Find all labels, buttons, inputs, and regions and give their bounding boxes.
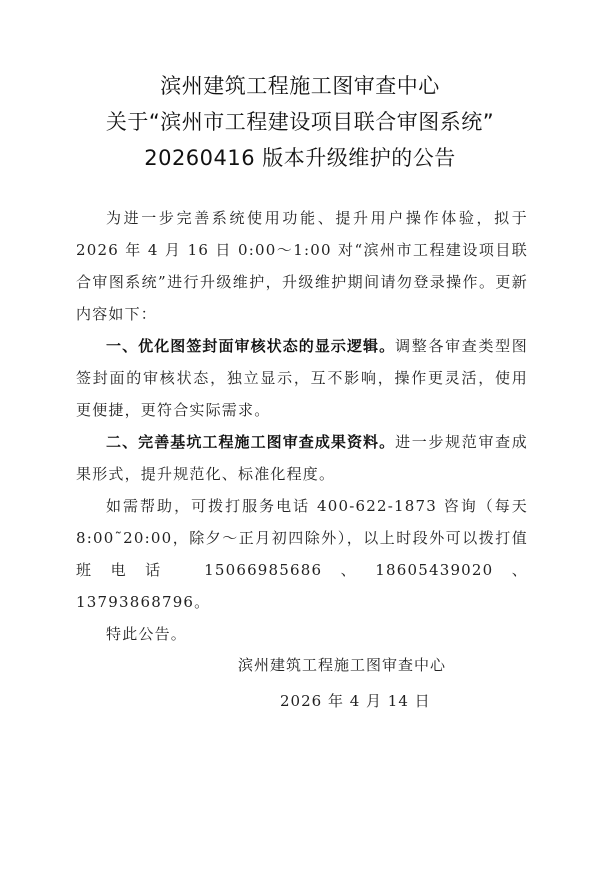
- update-item-2-heading: 二、完善基坑工程施工图审查成果资料。: [106, 433, 395, 451]
- signature-org: 滨州建筑工程施工图审查中心: [0, 654, 600, 675]
- title-line-1: 滨州建筑工程施工图审查中心: [0, 70, 600, 100]
- update-item-2: 二、完善基坑工程施工图审查成果资料。进一步规范审查成果形式，提升规范化、标准化程…: [76, 426, 528, 490]
- title-line-3: 20260416 版本升级维护的公告: [0, 142, 600, 172]
- title-line-2: 关于“滨州市工程建设项目联合审图系统”: [0, 106, 600, 136]
- update-item-1: 一、优化图签封面审核状态的显示逻辑。调整各审查类型图签封面的审核状态，独立显示，…: [76, 330, 528, 426]
- update-item-1-heading: 一、优化图签封面审核状态的显示逻辑。: [106, 337, 395, 355]
- announcement-body: 为进一步完善系统使用功能、提升用户操作体验，拟于2026 年 4 月 16 日 …: [76, 202, 528, 650]
- help-paragraph: 如需帮助，可拨打服务电话 400-622-1873 咨询（每天8:00˜20:0…: [76, 490, 528, 618]
- closing-line: 特此公告。: [76, 618, 528, 650]
- intro-paragraph: 为进一步完善系统使用功能、提升用户操作体验，拟于2026 年 4 月 16 日 …: [76, 202, 528, 330]
- signature-date: 2026 年 4 月 14 日: [0, 690, 600, 711]
